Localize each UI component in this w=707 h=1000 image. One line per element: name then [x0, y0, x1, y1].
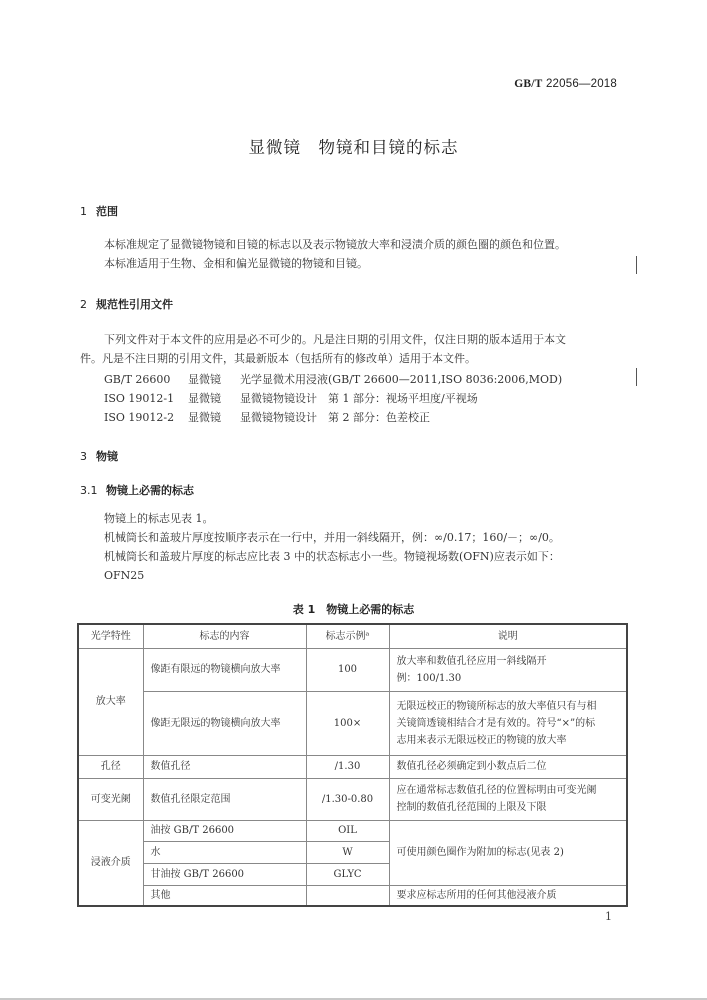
change-bar	[636, 368, 637, 386]
objective-markings-table: 光学特性 标志的内容 标志示例ᵃ 说明 放大率 像距有限远的物镜横向放大率 10…	[77, 623, 628, 907]
change-bar	[636, 256, 637, 274]
characteristic-cell: 孔径	[78, 755, 143, 778]
table-row: 孔径 数值孔径 /1.30 数值孔径必须确定到小数点后二位	[78, 755, 627, 778]
reference-subject: 显微镜	[188, 409, 240, 425]
reference-code: ISO 19012-1	[104, 392, 188, 405]
table-header-row: 光学特性 标志的内容 标志示例ᵃ 说明	[78, 624, 627, 648]
column-header: 光学特性	[78, 624, 143, 648]
standard-prefix: GB/T	[514, 78, 542, 90]
ofn-example: OFN25	[104, 566, 144, 585]
example-cell	[306, 885, 389, 906]
reference-subject: 显微镜	[188, 390, 240, 406]
subsection-3-1-paragraph: 机械筒长和盖玻片厚度按顺序表示在一行中，并用一斜线隔开，例：∞/0.17；160…	[104, 528, 560, 547]
content-cell: 数值孔径限定范围	[143, 778, 306, 820]
column-header: 标志示例ᵃ	[306, 624, 389, 648]
page-number: 1	[605, 910, 612, 923]
example-cell: /1.30	[306, 755, 389, 778]
example-cell: GLYC	[306, 863, 389, 885]
subsection-3-1-heading: 3.1物镜上必需的标志	[80, 482, 194, 498]
note-cell: 无限远校正的物镜所标志的放大率值只有与相 关镜筒透镜相结合才是有效的。符号“×”…	[389, 691, 627, 755]
section-number: 2	[80, 298, 96, 311]
reference-item: ISO 19012-1显微镜显微镜物镜设计 第 1 部分：视场平坦度/平视场	[104, 390, 478, 406]
note-line: 无限远校正的物镜所标志的放大率值只有与相	[397, 698, 620, 715]
content-cell: 其他	[143, 885, 306, 906]
document-title: 显微镜 物镜和目镜的标志	[0, 134, 707, 158]
reference-code: ISO 19012-2	[104, 411, 188, 424]
section-title: 范围	[96, 205, 118, 218]
reference-title: 显微镜物镜设计 第 2 部分：色差校正	[240, 409, 430, 425]
reference-subject: 显微镜	[188, 371, 240, 387]
table-row: 像距无限远的物镜横向放大率 100× 无限远校正的物镜所标志的放大率值只有与相 …	[78, 691, 627, 755]
subsection-number: 3.1	[80, 484, 106, 497]
table-caption: 表 1 物镜上必需的标志	[0, 601, 707, 617]
example-cell: OIL	[306, 820, 389, 841]
table-row: 浸液介质 油按 GB/T 26600 OIL 可使用颜色圈作为附加的标志(见表 …	[78, 820, 627, 841]
section-1-paragraph-2: 本标准适用于生物、金相和偏光显微镜的物镜和目镜。	[104, 254, 368, 273]
content-cell: 数值孔径	[143, 755, 306, 778]
section-1-heading: 1范围	[80, 203, 118, 219]
characteristic-cell: 放大率	[78, 648, 143, 755]
note-line: 放大率和数值孔径应用一斜线隔开	[397, 653, 620, 670]
characteristic-cell: 浸液介质	[78, 820, 143, 906]
characteristic-cell: 可变光阑	[78, 778, 143, 820]
subsection-3-1-paragraph: 机械筒长和盖玻片厚度的标志应比表 3 中的状态标志小一些。物镜视场数(OFN)应…	[104, 547, 560, 566]
column-header: 标志的内容	[143, 624, 306, 648]
example-cell: W	[306, 841, 389, 863]
table-row: 其他 要求应标志所用的任何其他浸液介质	[78, 885, 627, 906]
section-2-intro-line-1: 下列文件对于本文件的应用是必不可少的。凡是注日期的引用文件，仅注日期的版本适用于…	[104, 330, 566, 349]
section-2-heading: 2规范性引用文件	[80, 296, 173, 312]
note-line: 志用来表示无限远校正的物镜的放大率	[397, 732, 620, 749]
note-cell: 放大率和数值孔径应用一斜线隔开 例：100/1.30	[389, 648, 627, 691]
section-2-intro-line-2: 件。凡是不注日期的引用文件，其最新版本（包括所有的修改单）适用于本文件。	[80, 349, 476, 368]
section-title: 物镜	[96, 450, 118, 463]
reference-title: 光学显微术用浸液(GB/T 26600—2011,ISO 8036:2006,M…	[240, 371, 562, 387]
reference-item: ISO 19012-2显微镜显微镜物镜设计 第 2 部分：色差校正	[104, 409, 430, 425]
table-row: 可变光阑 数值孔径限定范围 /1.30-0.80 应在通常标志数值孔径的位置标明…	[78, 778, 627, 820]
content-cell: 甘油按 GB/T 26600	[143, 863, 306, 885]
content-cell: 像距有限远的物镜横向放大率	[143, 648, 306, 691]
section-3-heading: 3物镜	[80, 448, 118, 464]
note-line: 应在通常标志数值孔径的位置标明由可变光阑	[397, 782, 620, 799]
example-cell: 100×	[306, 691, 389, 755]
subsection-title: 物镜上必需的标志	[106, 484, 194, 497]
column-header: 说明	[389, 624, 627, 648]
note-cell: 可使用颜色圈作为附加的标志(见表 2)	[389, 820, 627, 885]
note-cell: 数值孔径必须确定到小数点后二位	[389, 755, 627, 778]
table-row: 放大率 像距有限远的物镜横向放大率 100 放大率和数值孔径应用一斜线隔开 例：…	[78, 648, 627, 691]
section-number: 3	[80, 450, 96, 463]
reference-item: GB/T 26600显微镜光学显微术用浸液(GB/T 26600—2011,IS…	[104, 371, 562, 387]
section-1-paragraph-1: 本标准规定了显微镜物镜和目镜的标志以及表示物镜放大率和浸渍介质的颜色圈的颜色和位…	[104, 235, 566, 254]
reference-title: 显微镜物镜设计 第 1 部分：视场平坦度/平视场	[240, 390, 478, 406]
subsection-3-1-paragraph: 物镜上的标志见表 1。	[104, 509, 214, 528]
example-cell: /1.30-0.80	[306, 778, 389, 820]
section-number: 1	[80, 205, 96, 218]
note-line: 关镜筒透镜相结合才是有效的。符号“×”的标	[397, 715, 620, 732]
standard-number: GB/T 22056—2018	[514, 78, 617, 90]
content-cell: 像距无限远的物镜横向放大率	[143, 691, 306, 755]
reference-code: GB/T 26600	[104, 373, 188, 386]
note-cell: 应在通常标志数值孔径的位置标明由可变光阑 控制的数值孔径范围的上限及下限	[389, 778, 627, 820]
section-title: 规范性引用文件	[96, 298, 173, 311]
note-cell: 要求应标志所用的任何其他浸液介质	[389, 885, 627, 906]
example-cell: 100	[306, 648, 389, 691]
note-line: 控制的数值孔径范围的上限及下限	[397, 799, 620, 816]
content-cell: 油按 GB/T 26600	[143, 820, 306, 841]
note-line: 例：100/1.30	[397, 670, 620, 687]
standard-id: 22056—2018	[546, 78, 617, 90]
content-cell: 水	[143, 841, 306, 863]
